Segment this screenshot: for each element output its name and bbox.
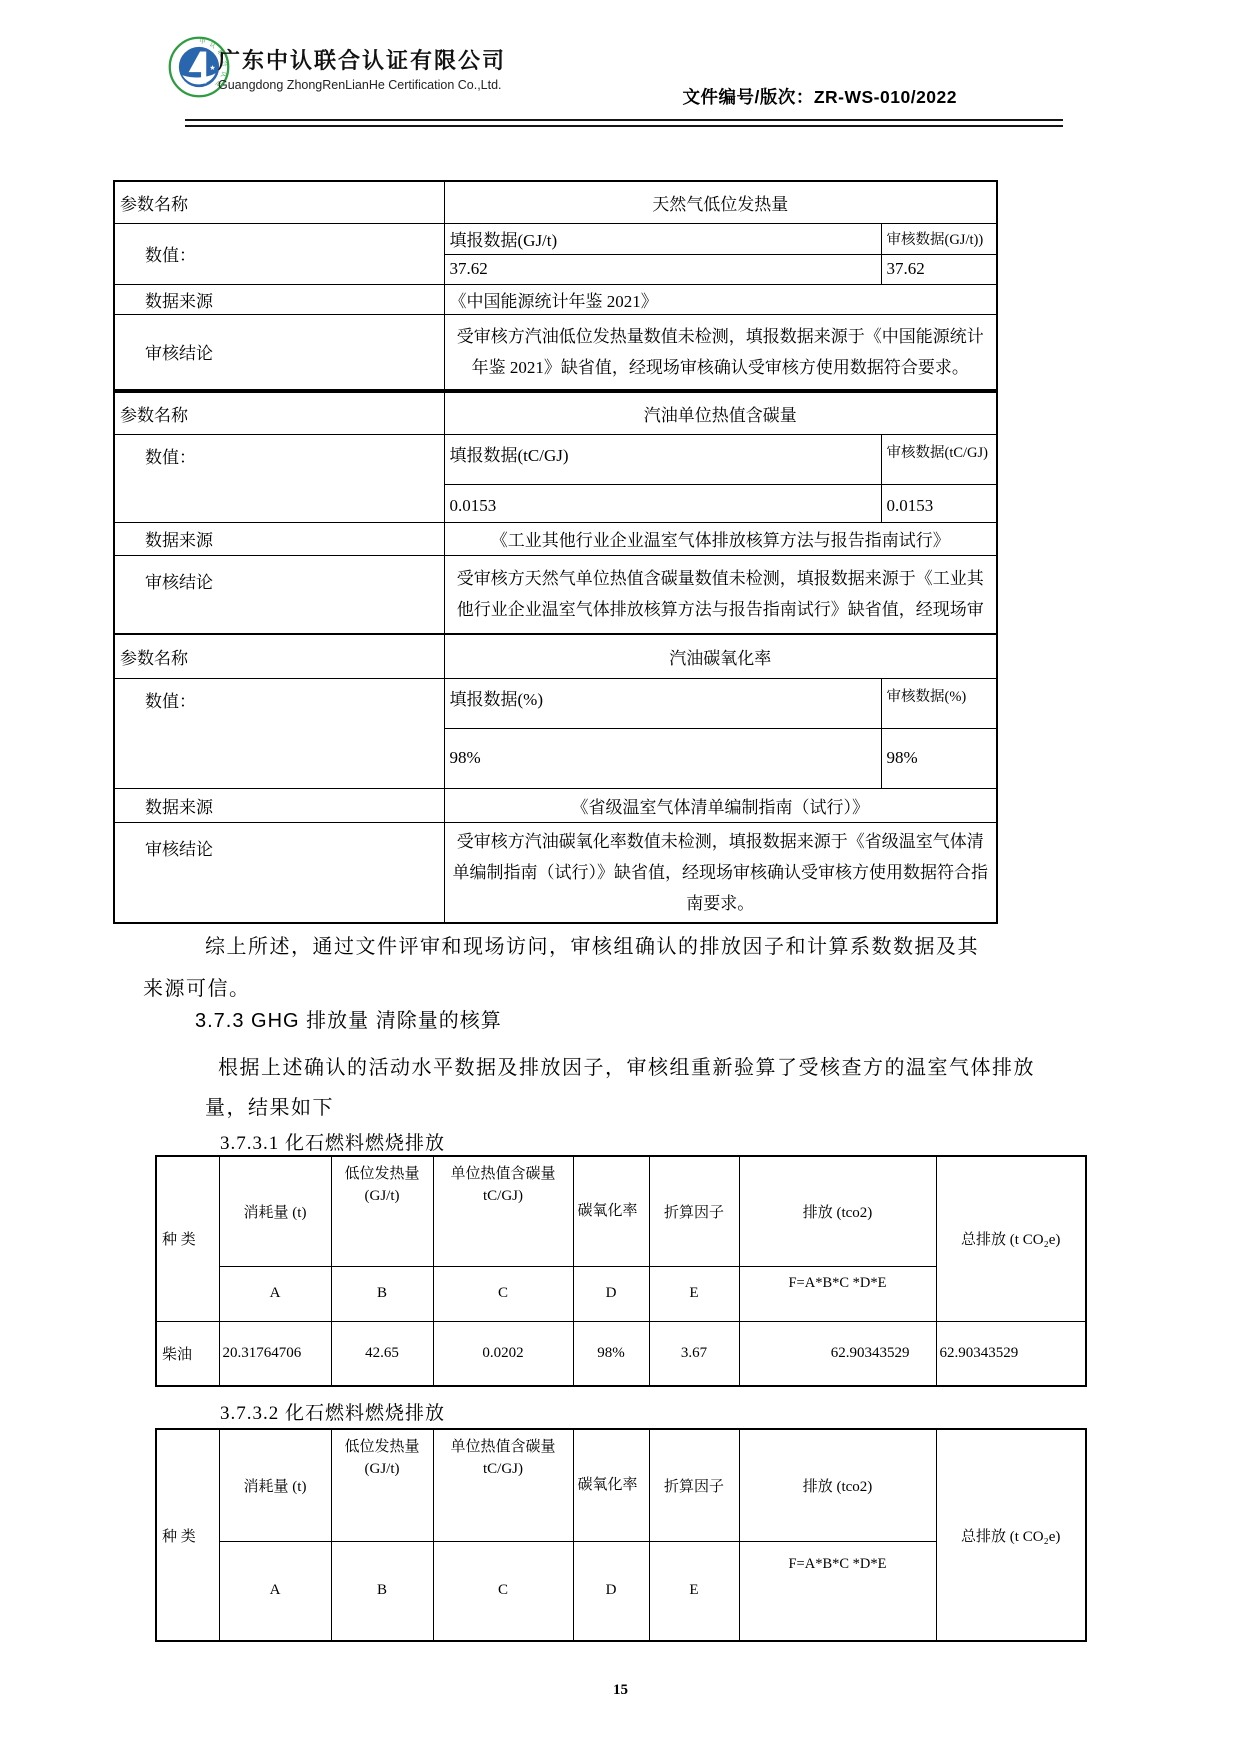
col-carbon-header: 单位热值含碳量 tC/GJ): [433, 1156, 573, 1266]
col-emission-header: 排放 (tco2): [739, 1429, 936, 1541]
col-ncv-header: 低位发热量 (GJ/t): [331, 1429, 433, 1541]
fuel-type-cell: 柴油: [156, 1321, 219, 1386]
param-name-value: 汽油单位热值含碳量: [444, 392, 997, 434]
param-name-value: 天然气低位发热量: [444, 181, 997, 223]
param-table-natural-gas: 参数名称 天然气低位发热量 数值： 填报数据(GJ/t) 审核数据(GJ/t))…: [113, 180, 998, 391]
source-label: 数据来源: [114, 284, 444, 314]
verified-data-label: 审核数据(tC/GJ): [881, 434, 997, 484]
col-total-header: 总排放 (t CO₂e): [936, 1156, 1086, 1321]
oxidation-cell: 98%: [573, 1321, 649, 1386]
reported-value: 98%: [444, 728, 881, 788]
svg-text:★: ★: [209, 64, 215, 72]
emission-cell: 62.90343529: [739, 1321, 936, 1386]
col-factor-header: 折算因子: [649, 1429, 739, 1541]
var-c: C: [433, 1266, 573, 1321]
value-label: 数值：: [114, 434, 444, 522]
col-factor-header: 折算因子: [649, 1156, 739, 1266]
var-a: A: [219, 1541, 331, 1641]
section-heading-3731: 3.7.3.1 化石燃料燃烧排放: [220, 1128, 445, 1155]
col-consumption-header: 消耗量 (t): [219, 1429, 331, 1541]
doc-number: 文件编号/版次：ZR-WS-010/2022: [682, 84, 957, 109]
col-type-header: 种 类: [156, 1429, 219, 1641]
var-e: E: [649, 1541, 739, 1641]
col-carbon-line2: tC/GJ): [483, 1461, 523, 1477]
conclusion-text: 受审核方汽油低位发热量数值未检测，填报数据来源于《中国能源统计年鉴 2021》缺…: [444, 314, 997, 390]
verified-data-label: 审核数据(%): [881, 678, 997, 728]
conclusion-label: 审核结论: [114, 555, 444, 634]
col-ncv-line2: (GJ/t): [365, 1461, 400, 1477]
col-carbon-line1: 单位热值含碳量: [450, 1439, 555, 1455]
col-emission-header: 排放 (tco2): [739, 1156, 936, 1266]
var-e: E: [649, 1266, 739, 1321]
col-ncv-line1: 低位发热量: [344, 1166, 419, 1182]
conclusion-label: 审核结论: [114, 314, 444, 390]
col-oxidation-header: 碳氧化率: [573, 1156, 649, 1266]
reported-value: 0.0153: [444, 484, 881, 522]
summary-paragraph: 综上所述，通过文件评审和现场访问，审核组确认的排放因子和计算系数数据及其来源可信…: [143, 926, 983, 1010]
source-value: 《工业其他行业企业温室气体排放核算方法与报告指南试行》: [444, 522, 997, 555]
col-consumption-header: 消耗量 (t): [219, 1156, 331, 1266]
col-type-header: 种 类: [156, 1156, 219, 1321]
ghg-intro-paragraph: 根据上述确认的活动水平数据及排放因子，审核组重新验算了受核查方的温室气体排放量，…: [205, 1048, 1037, 1128]
consumption-cell: 20.31764706: [219, 1321, 331, 1386]
verified-value: 37.62: [881, 254, 997, 284]
source-label: 数据来源: [114, 522, 444, 555]
reported-data-label: 填报数据(%): [444, 678, 881, 728]
col-ncv-line2: (GJ/t): [365, 1188, 400, 1204]
reported-value: 37.62: [444, 254, 881, 284]
reported-data-label: 填报数据(GJ/t): [444, 223, 881, 254]
param-table-gasoline-oxidation: 参数名称 汽油碳氧化率 数值： 填报数据(%) 审核数据(%) 98% 98% …: [113, 633, 998, 924]
verified-value: 0.0153: [881, 484, 997, 522]
var-d: D: [573, 1541, 649, 1641]
table-row: 柴油 20.31764706 42.65 0.0202 98% 3.67 62.…: [156, 1321, 1086, 1386]
formula-cell: F=A*B*C *D*E: [739, 1266, 936, 1321]
var-c: C: [433, 1541, 573, 1641]
col-total-header: 总排放 (t CO₂e): [936, 1429, 1086, 1641]
formula-cell: F=A*B*C *D*E: [739, 1541, 936, 1641]
col-carbon-line2: tC/GJ): [483, 1188, 523, 1204]
value-label: 数值：: [114, 678, 444, 788]
company-name-cn: 广东中认联合认证有限公司: [218, 44, 506, 75]
verified-data-label: 审核数据(GJ/t)): [881, 223, 997, 254]
reported-data-label: 填报数据(tC/GJ): [444, 434, 881, 484]
param-name-label: 参数名称: [114, 634, 444, 678]
param-name-label: 参数名称: [114, 181, 444, 223]
carbon-cell: 0.0202: [433, 1321, 573, 1386]
var-b: B: [331, 1541, 433, 1641]
document-page: 中 认 联 合 认 证 ★ 广东中认联合认证有限公司 Guangdong Zho…: [0, 0, 1241, 1754]
var-d: D: [573, 1266, 649, 1321]
col-oxidation-header: 碳氧化率: [573, 1429, 649, 1541]
emission-table-1: 种 类 消耗量 (t) 低位发热量 (GJ/t) 单位热值含碳量 tC/GJ) …: [155, 1155, 1087, 1387]
conclusion-text: 受审核方天然气单位热值含碳量数值未检测，填报数据来源于《工业其他行业企业温室气体…: [444, 555, 997, 634]
col-carbon-line1: 单位热值含碳量: [450, 1166, 555, 1182]
param-name-label: 参数名称: [114, 392, 444, 434]
col-carbon-header: 单位热值含碳量 tC/GJ): [433, 1429, 573, 1541]
source-value: 《省级温室气体清单编制指南（试行）》: [444, 788, 997, 822]
var-a: A: [219, 1266, 331, 1321]
conclusion-text: 受审核方汽油碳氧化率数值未检测，填报数据来源于《省级温室气体清单编制指南（试行）…: [444, 822, 997, 923]
ncv-cell: 42.65: [331, 1321, 433, 1386]
var-b: B: [331, 1266, 433, 1321]
col-ncv-header: 低位发热量 (GJ/t): [331, 1156, 433, 1266]
section-heading-373: 3.7.3 GHG 排放量 清除量的核算: [195, 1004, 502, 1033]
verified-value: 98%: [881, 728, 997, 788]
param-table-gasoline-carbon: 参数名称 汽油单位热值含碳量 数值： 填报数据(tC/GJ) 审核数据(tC/G…: [113, 391, 998, 635]
company-name-en: Guangdong ZhongRenLianHe Certification C…: [218, 78, 502, 92]
header-rule: [185, 119, 1063, 127]
param-name-value: 汽油碳氧化率: [444, 634, 997, 678]
source-label: 数据来源: [114, 788, 444, 822]
factor-cell: 3.67: [649, 1321, 739, 1386]
conclusion-label: 审核结论: [114, 822, 444, 923]
source-value: 《中国能源统计年鉴 2021》: [444, 284, 997, 314]
col-ncv-line1: 低位发热量: [344, 1439, 419, 1455]
emission-table-2: 种 类 消耗量 (t) 低位发热量 (GJ/t) 单位热值含碳量 tC/GJ) …: [155, 1428, 1087, 1642]
value-label: 数值：: [114, 223, 444, 284]
section-heading-3732: 3.7.3.2 化石燃料燃烧排放: [220, 1398, 445, 1425]
page-number: 15: [0, 1682, 1241, 1699]
total-cell: 62.90343529: [936, 1321, 1086, 1386]
